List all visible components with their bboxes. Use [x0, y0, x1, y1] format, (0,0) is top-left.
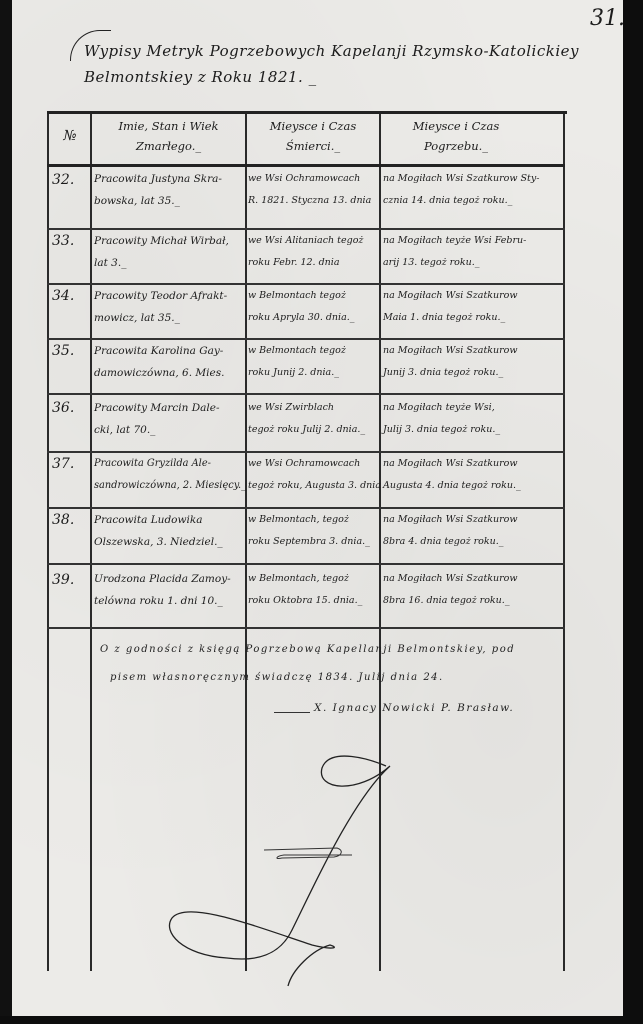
- scan-border-bottom: [0, 1016, 643, 1024]
- scan-border-right: [623, 0, 643, 1024]
- document-page: 31. Wypisy Metryk Pogrzebowych Kapelanji…: [12, 0, 623, 1018]
- flourish-ornament: [12, 0, 623, 1018]
